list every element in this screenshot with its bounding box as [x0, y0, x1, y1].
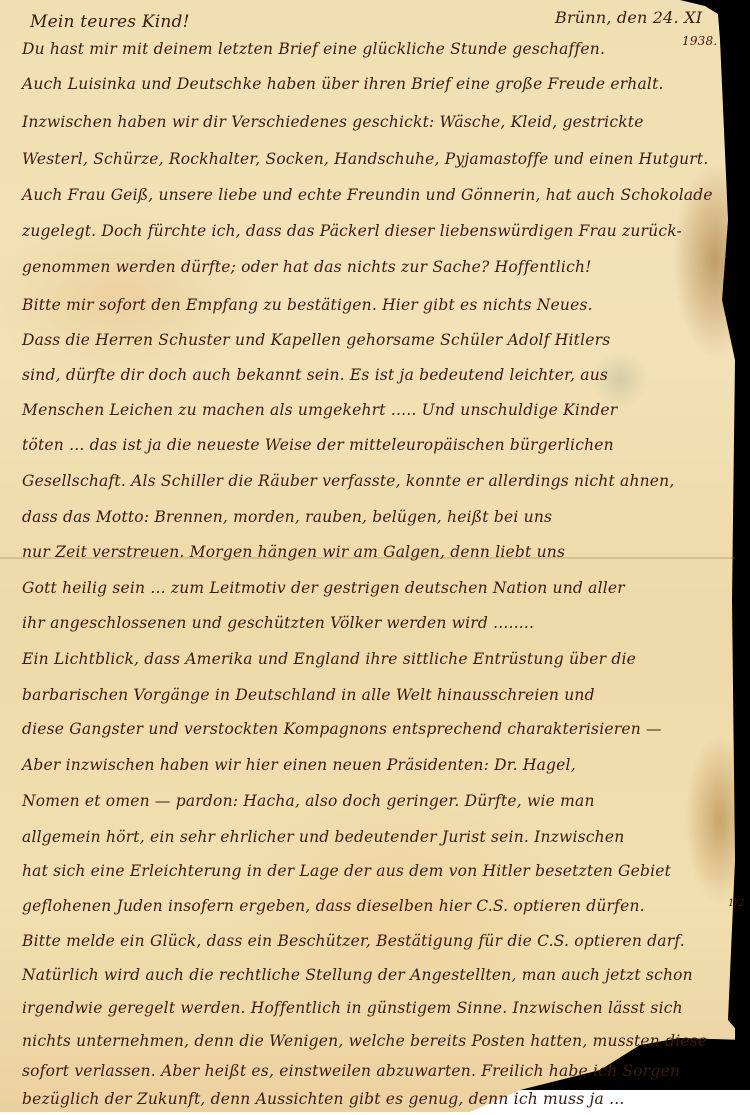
letter-line: allgemein hört, ein sehr ehrlicher und b… [22, 828, 624, 846]
letter-line: Bitte melde ein Glück, dass ein Beschütz… [22, 932, 685, 950]
letter-line: Auch Luisinka und Deutschke haben über i… [22, 75, 664, 93]
letter-line: hat sich eine Erleichterung in der Lage … [22, 862, 671, 880]
letter-line: nichts unternehmen, denn die Wenigen, we… [22, 1032, 707, 1050]
letter-line: Ein Lichtblick, dass Amerika und England… [22, 650, 636, 668]
letter-line: Bitte mir sofort den Empfang zu bestätig… [22, 296, 593, 314]
letter-line: irgendwie geregelt werden. Hoffentlich i… [22, 999, 683, 1017]
letter-line: sind, dürfte dir doch auch bekannt sein.… [22, 366, 608, 384]
letter-place-date: Brünn, den 24. XI [555, 8, 702, 27]
letter-line: Inzwischen haben wir dir Verschiedenes g… [22, 113, 644, 131]
letter-line: Nomen et omen — pardon: Hacha, also doch… [22, 792, 595, 810]
letter-salutation: Mein teures Kind! [30, 12, 190, 32]
letter-line: barbarischen Vorgänge in Deutschland in … [22, 686, 595, 704]
page-number: 1/2 [728, 898, 745, 909]
letter-line: töten ... das ist ja die neueste Weise d… [22, 436, 614, 454]
letter-line: Westerl, Schürze, Rockhalter, Socken, Ha… [22, 150, 708, 168]
letter-line: dass das Motto: Brennen, morden, rauben,… [22, 508, 552, 526]
letter-line: Natürlich wird auch die rechtliche Stell… [22, 966, 693, 984]
letter-line: Menschen Leichen zu machen als umgekehrt… [22, 401, 617, 419]
letter-line: genommen werden dürfte; oder hat das nic… [22, 258, 592, 276]
letter-line: Gott heilig sein ... zum Leitmotiv der g… [22, 579, 625, 597]
letter-line: Auch Frau Geiß, unsere liebe und echte F… [22, 186, 713, 204]
letter-year: 1938. [682, 34, 717, 48]
letter-line: diese Gangster und verstockten Kompagnon… [22, 720, 662, 738]
letter-line: geflohenen Juden insofern ergeben, dass … [22, 897, 645, 915]
letter-line: Dass die Herren Schuster und Kapellen ge… [22, 331, 610, 349]
letter-line: bezüglich der Zukunft, denn Aussichten g… [22, 1090, 625, 1108]
letter-line: Aber inzwischen haben wir hier einen neu… [22, 756, 576, 774]
letter-line: ihr angeschlossenen und geschützten Völk… [22, 614, 534, 632]
letter-line: sofort verlassen. Aber heißt es, einstwe… [22, 1062, 680, 1080]
letter-line: Du hast mir mit deinem letzten Brief ein… [22, 40, 605, 58]
letter-line: zugelegt. Doch fürchte ich, dass das Päc… [22, 222, 682, 240]
letter-line: Gesellschaft. Als Schiller die Räuber ve… [22, 472, 675, 490]
letter-line: nur Zeit verstreuen. Morgen hängen wir a… [22, 543, 565, 561]
